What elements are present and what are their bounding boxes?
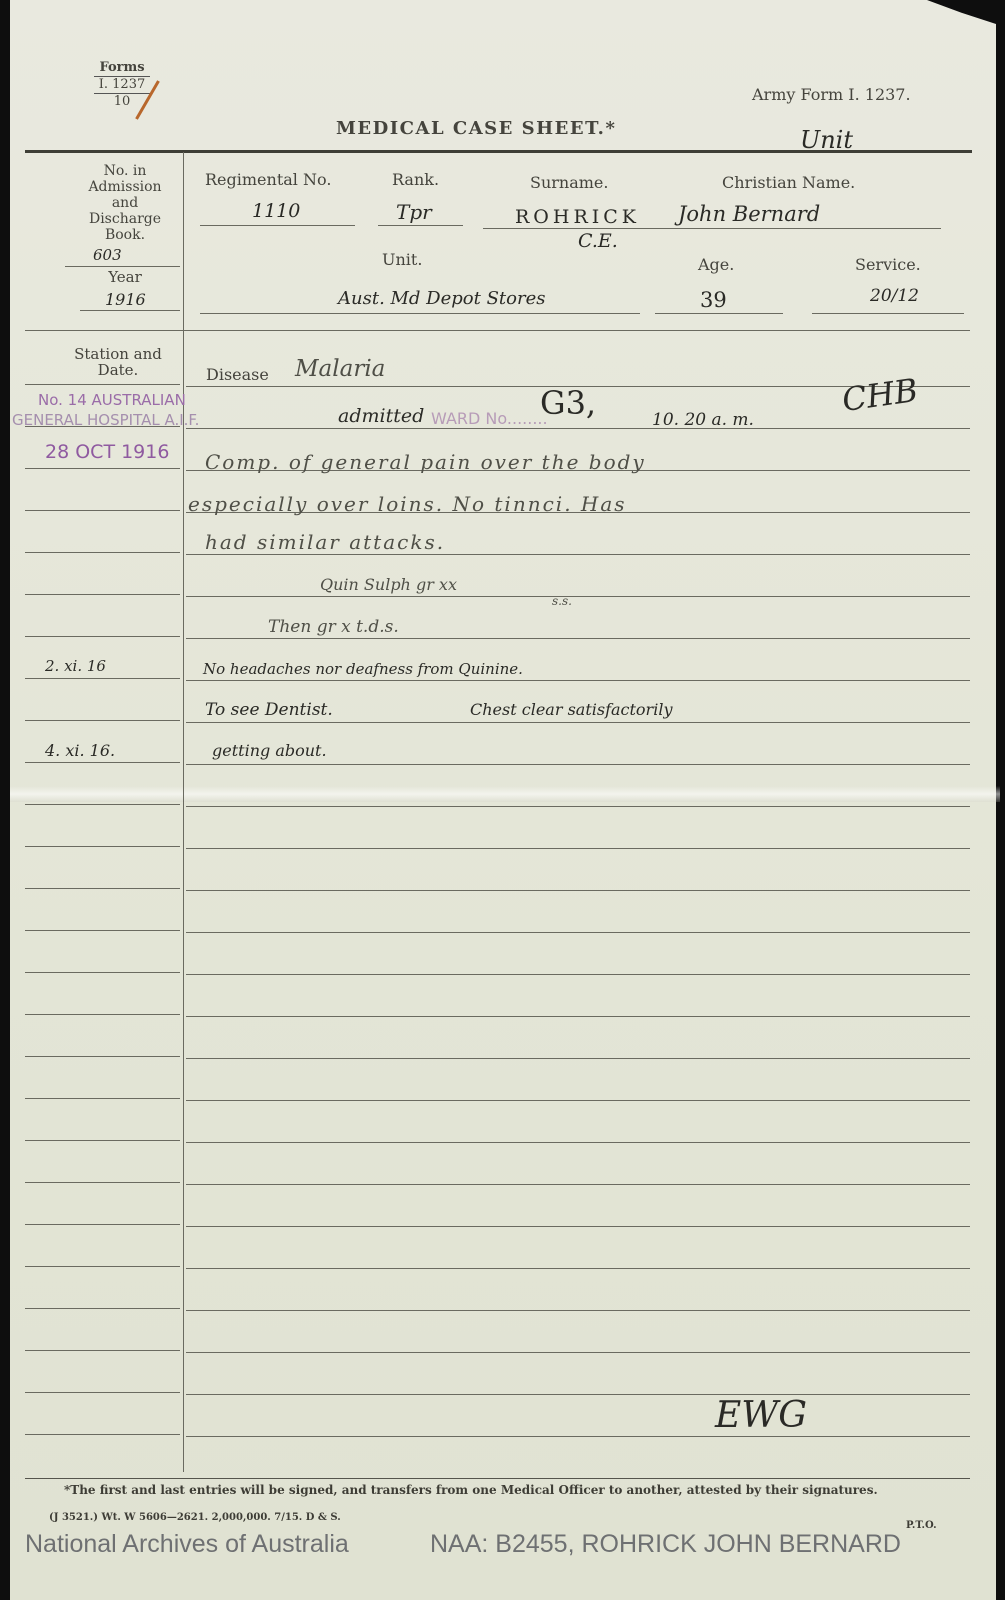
age-label: Age. [698,255,734,274]
entry-admitted: admitted [338,405,424,427]
paper-fold [10,786,1000,802]
ruled-line-right [186,848,970,849]
entry-date: 4. xi. 16. [45,741,115,760]
ruled-line-right [186,1394,970,1395]
ruled-line-right [186,638,970,639]
unit-value: Aust. Md Depot Stores [338,288,545,309]
stamp-date: 28 OCT 1916 [45,441,169,463]
ruled-line-left [25,1140,180,1141]
entry-text: had similar attacks. [205,530,445,554]
ward-value: G3, [540,384,596,422]
ruled-line-right [186,890,970,891]
entry-text: To see Dentist. [205,700,333,720]
ruled-line-left [25,594,180,595]
ruled-line-right [186,764,970,765]
ruled-line-left [25,1056,180,1057]
column-divider [183,152,184,1472]
ruled-line-left [25,972,180,973]
ruled-line-right [186,596,970,597]
ruled-line-right [186,1310,970,1311]
ruled-line-left [25,1224,180,1225]
ruled-line-left [25,720,180,721]
entry-date: 2. xi. 16 [45,657,106,675]
header-separator [25,330,970,331]
medical-officer-signature: EWG [715,1395,807,1436]
ruled-line-left [25,762,180,763]
ruled-line-right [186,680,970,681]
ruled-line-left [25,678,180,679]
ruled-line-right [186,1268,970,1269]
ruled-line-right [186,806,970,807]
christian-name-label: Christian Name. [722,173,855,192]
ruled-line-right [186,974,970,975]
ruled-line-left [25,888,180,889]
ruled-line-left [25,426,180,427]
ruled-line-left [25,930,180,931]
ruled-line-right [186,932,970,933]
archive-watermark-right: NAA: B2455, ROHRICK JOHN BERNARD [430,1530,901,1559]
rank-value: Tpr [396,200,432,224]
station-label: Station and Date. [70,346,166,378]
forms-reference: Forms I. 1237 10 [94,60,150,110]
surname-label: Surname. [530,173,608,192]
forms-label: Forms [94,60,150,76]
surname-note: C.E. [578,230,618,252]
ruled-line-left [25,846,180,847]
ruled-line-right [186,1142,970,1143]
year-value: 1916 [105,290,146,309]
surname-value: ROHRICK [515,206,640,228]
rank-underline [378,225,463,226]
ruled-line-left [25,1350,180,1351]
service-label: Service. [855,255,921,274]
print-code: (J 3521.) Wt. W 5606—2621. 2,000,000. 7/… [49,1512,341,1523]
entry-text: especially over loins. No tinnci. Has [188,492,627,516]
ruled-line-right [186,1058,970,1059]
ruled-line-left [25,384,180,385]
archive-watermark-left: National Archives of Australia [25,1530,349,1559]
title-rule [25,150,972,153]
footnote: *The first and last entries will be sign… [64,1483,878,1497]
ruled-line-right [186,1100,970,1101]
ruled-line-right [186,1184,970,1185]
ruled-line-right [186,1226,970,1227]
entry-text: getting about. [212,741,327,760]
ruled-line-left [25,510,180,511]
age-underline [655,313,783,314]
footer-rule [25,1478,970,1479]
ruled-line-left [25,1098,180,1099]
year-label: Year [80,269,170,285]
ruled-line-left [25,1014,180,1015]
admission-value: 603 [93,246,122,264]
ruled-line-right [186,428,970,429]
ruled-line-left [25,1434,180,1435]
unit-label: Unit. [382,250,422,269]
christian-name-value: John Bernard [678,202,820,226]
ruled-line-left [25,804,180,805]
admission-label: No. in Admission and Discharge Book. [80,163,170,243]
surname-underline [483,228,941,229]
pto-label: P.T.O. [906,1520,937,1531]
ward-stamp: WARD No........ [431,409,548,428]
entry-text: Chest clear satisfactorily [470,700,672,719]
ruled-line-left [25,1308,180,1309]
year-underline [80,310,180,311]
army-form-label: Army Form I. 1237. [752,85,911,104]
ruled-line-left [25,1182,180,1183]
unit-underline [200,313,640,314]
admission-underline [65,266,180,267]
ruled-line-left [25,636,180,637]
regimental-underline [200,225,355,226]
entry-text: Quin Sulph gr xx [320,575,457,594]
forms-number: I. 1237 [94,76,150,94]
ruled-line-right [186,1436,970,1437]
ruled-line-left [25,468,180,469]
entry-text: No headaches nor deafness from Quinine. [203,660,523,678]
ruled-line-left [25,552,180,553]
disease-label: Disease [206,365,269,384]
page-title: MEDICAL CASE SHEET.* [336,118,616,139]
hospital-stamp-line1: No. 14 AUSTRALIAN [38,391,186,409]
service-value: 20/12 [870,286,919,306]
entry-note: s.s. [552,594,572,608]
ruled-line-left [25,1266,180,1267]
regimental-no-label: Regimental No. [205,170,331,189]
ruled-line-right [186,1016,970,1017]
admission-time: 10. 20 a. m. [652,410,754,430]
rank-label: Rank. [392,170,439,189]
disease-value: Malaria [295,356,385,382]
ruled-line-right [186,1352,970,1353]
regimental-no-value: 1110 [252,200,300,222]
age-value: 39 [700,288,727,312]
ruled-line-right [186,554,970,555]
entry-text: Comp. of general pain over the body [205,450,646,474]
ruled-line-right [186,722,970,723]
entry-text: Then gr x t.d.s. [268,617,399,637]
service-underline [812,313,964,314]
ruled-line-left [25,1392,180,1393]
